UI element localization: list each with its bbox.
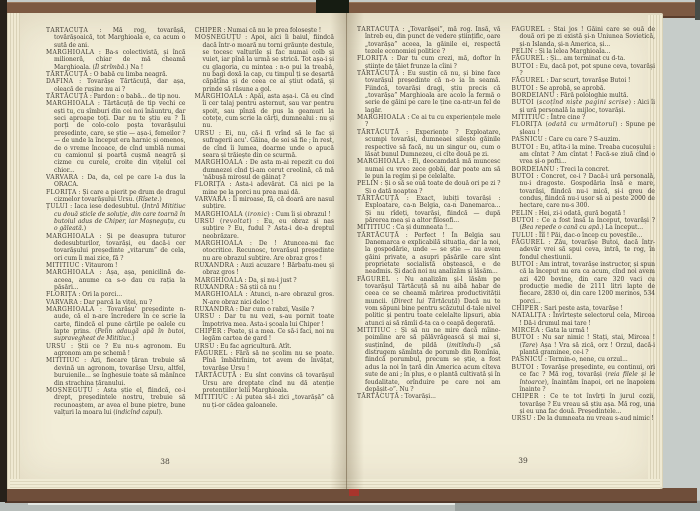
speaker-name: VARVARA <box>195 196 227 203</box>
dialogue-entry: MOȘNEGUȚU : Apoi, aici îi baiul, fiindcă… <box>195 34 335 93</box>
dialogue-entry: BORDEIANU : Treci la concret. <box>512 166 656 173</box>
dialogue-entry: PELIN : Hei, zi-i odată, gură bogată ! <box>512 210 656 217</box>
dialogue-entry: URSU : Știi ce ? Eu nu-s agronom. Eu agr… <box>46 343 186 358</box>
speaker-name: URSU <box>512 415 532 422</box>
speaker-name: FLORIȚA <box>46 189 77 196</box>
dialogue-entry: MITITIUC : Și să nu ne mire dacă mîine-p… <box>357 327 501 393</box>
speaker-name: TĂRTĂCUȚĂ <box>357 393 399 400</box>
speaker-name: ȚULUI <box>512 232 534 239</box>
dialogue-entry: MOȘNEGUȚU : Asta știe el, fiindcă, ce-i … <box>46 387 186 416</box>
speaker-name: BUTOI <box>512 261 535 268</box>
speaker-name: MOȘNEGUȚU <box>195 34 242 41</box>
speaker-name: MARGHIOALA <box>195 93 243 100</box>
speaker-name: MITITIUC <box>46 357 80 364</box>
dialogue-entry: MITITIUC : Ai putea să-i zici „tovarășă”… <box>195 394 335 409</box>
dialogue-entry: VARVARA : Dar parcă la viței, nu ? <box>46 299 186 306</box>
dialogue-entry: RUXANDRA : Să știi că nu ! <box>195 284 335 291</box>
speaker-name: RUXANDRA <box>195 262 235 269</box>
speaker-name: BUTOI <box>512 173 535 180</box>
speaker-name: MARGHIOALA <box>195 159 243 166</box>
dialogue-entry: MARGHIOALA : Ei, deocamdată mă muncesc n… <box>357 158 501 180</box>
speaker-name: MITITIUC <box>195 394 229 401</box>
dialogue-entry: TĂRTĂCUȚĂ : Experiențe ? Exploatare, scu… <box>357 129 501 158</box>
dialogue-entry: PASNICU : Termin-o, nene, cu orzul... <box>512 356 656 363</box>
speaker-name: TĂRTĂCUȚĂ <box>357 129 399 136</box>
speaker-name: TĂRTĂCUȚĂ <box>357 70 399 77</box>
dialogue-entry: URSU (revoltat) : Eu, eu obraz și nas su… <box>195 218 335 240</box>
speaker-name: PELIN <box>357 180 379 187</box>
speaker-name: BUTOI <box>512 85 535 92</box>
speaker-name: FĂGUREL <box>357 276 390 283</box>
dialogue-entry: BUTOI : Ce a fost însă la început, tovar… <box>512 217 656 232</box>
speaker-name: MARGHIOALA <box>357 158 405 165</box>
dialogue-entry: FLORIȚA (odată cu următorul) : Spune pe … <box>512 121 656 136</box>
dialogue-entry: URSU : De la dumneata nu vreau s-aud nim… <box>512 415 656 422</box>
dialogue-entry: TĂRTĂCUȚĂ : „Tovarășei”, mă rog. Însă, v… <box>357 26 501 55</box>
dialogue-entry: MARGHIOALA : Da, și nu-i just ? <box>195 277 335 284</box>
dialogue-entry: MIRCEA : Gata la urmă ! <box>512 327 656 334</box>
dialogue-entry: PASNICU : Care cu care ? S-auzim. <box>512 136 656 143</box>
book-left-shadow <box>0 0 7 502</box>
speaker-name: URSU <box>195 313 215 320</box>
dialogue-entry: DAFINA : Tovarășe Tărtăcuță, dar așa, ol… <box>46 78 186 93</box>
dialogue-entry: NATALIȚA : Învîrtește selectorul cela, M… <box>512 312 656 327</box>
speaker-name: MARGHIOALA <box>195 277 243 284</box>
speaker-name: TĂRTĂCUȚĂ <box>357 195 399 202</box>
dialogue-entry: TĂRTĂCUȚĂ : Eu susțin că nu, și bine fac… <box>357 70 501 114</box>
dialogue-entry: FLORIȚA : Asta-i adevărat. Că nici pe la… <box>195 181 335 196</box>
dialogue-entry: TĂRTĂCUȚĂ : Eu sînt convins că tovarășul… <box>195 372 335 394</box>
speaker-name: CHIPER <box>512 393 539 400</box>
speaker-name: PASNICU <box>512 356 544 363</box>
speaker-name: URSU <box>195 343 215 350</box>
dialogue-entry: TĂRTĂCUȚĂ : Pardon : o babă... de tip no… <box>46 93 186 100</box>
speaker-name: TĂRTĂCUȚĂ <box>46 71 88 78</box>
speaker-name: FĂGUREL <box>512 239 545 246</box>
dialogue-entry: FLORIȚA : Ori la porci... <box>46 291 186 298</box>
dialogue-entry: FĂGUREL : Nu analizăm și-l lăsăm pe tova… <box>357 276 501 327</box>
dialogue-entry: TĂRTĂCUȚĂ : O babă cu limba neagră. <box>46 71 186 78</box>
speaker-name: MARGHIOALA <box>195 291 243 298</box>
speaker-name: MARGHIOALA <box>46 49 94 56</box>
speaker-name: PELIN <box>512 210 534 217</box>
dialogue-entry: FĂGUREL : Fără să ne școlim nu se poate.… <box>195 350 335 372</box>
dialogue-entry: CHIPER : Ce te tot învîrți în jurul cozi… <box>512 393 656 415</box>
speaker-name: MARGHIOALA <box>357 114 405 121</box>
dialogue-entry: MITITIUC : Vitaurom ! <box>46 262 186 269</box>
speaker-name: FĂGUREL <box>195 350 228 357</box>
dialogue-entry: ȚULUI : Iaca iese dedesubtul. (Intră Mit… <box>46 203 186 232</box>
speaker-name: MITITIUC <box>357 224 391 231</box>
dialogue-entry: MARGHIOALA : Tărtăcuță de tip vechi ce e… <box>46 100 186 173</box>
dialogue-entry: BUTOI : Concret, ce-i ? Dacă-i ură perso… <box>512 173 656 210</box>
speaker-name: BORDEIANU <box>512 92 555 99</box>
speaker-name: RUXANDRA <box>195 284 235 291</box>
speaker-name: BORDEIANU <box>512 166 555 173</box>
dialogue-entry: MARGHIOALA : Atunci, n-are obrazul gros.… <box>195 291 335 306</box>
dialogue-entry: MARGHIOALA : Tovarășu' președinte n-aude… <box>46 306 186 343</box>
speaker-name: BUTOI <box>512 63 535 70</box>
dialogue-entry: CHIPER : Numai că nu le prea folosește ! <box>195 27 335 34</box>
dialogue-entry: BUTOI : Eu, dacă pot, pot spune ceva, to… <box>512 63 656 78</box>
speaker-name: RUXANDRA <box>195 306 235 313</box>
dialogue-entry: VARVARA : Da, da, cel pe care l-a dus la… <box>46 174 186 189</box>
speaker-name: TĂRTĂCUȚĂ <box>46 27 88 34</box>
dialogue-entry: MITITIUC : Azi, fiecare țăran trebuie să… <box>46 357 186 386</box>
dialogue-entry: BUTOI (scoțînd niște pagini scrise) : Ai… <box>512 99 656 114</box>
speaker-name: URSU <box>46 343 66 350</box>
dialogue-entry: MARGHIOALA (ironic) : Cum îi și obrazul … <box>195 211 335 218</box>
page-number-right: 39 <box>478 456 568 465</box>
dialogue-entry: MITITIUC : Ca și dumneata !... <box>357 224 501 231</box>
dialogue-entry: FĂGUREL : Și... am terminat cu d-ta. <box>512 55 656 62</box>
dialogue-entry: MITITIUC : Între cine ? <box>512 114 656 121</box>
dialogue-entry: MARGHIOALA : De ! Atuncea-mi fac otocrit… <box>195 240 335 262</box>
book-photo: TĂRTĂCUȚĂ : Mă rog, tovarășă, tovărășoai… <box>0 0 700 511</box>
speaker-name: URSU (revoltat) <box>195 218 252 225</box>
speaker-name: FLORIȚA <box>46 291 77 298</box>
speaker-name: VARVARA <box>46 174 78 181</box>
speaker-name: TĂRTĂCUȚĂ <box>195 372 237 379</box>
speaker-name: MARGHIOALA <box>46 306 94 313</box>
speaker-name: FĂGUREL <box>512 26 545 33</box>
speaker-name: MARGHIOALA <box>195 240 243 247</box>
dialogue-column: FĂGUREL : Stai jos ! Găini care se ouă d… <box>512 26 656 469</box>
speaker-name: MOȘNEGUȚU <box>46 387 93 394</box>
speaker-name: DAFINA <box>46 78 73 85</box>
dialogue-entry: MARGHIOALA : Apăi, asta așa-i. Că eu cîn… <box>195 93 335 130</box>
speaker-name: BUTOI (scoțînd niște pagini scrise) <box>512 99 632 106</box>
dialogue-entry: FĂGUREL : Zău, tovarășe Butoi, dacă într… <box>512 239 656 261</box>
right-page-text: TĂRTĂCUȚĂ : „Tovarășei”, mă rog. Însă, v… <box>357 26 655 469</box>
speaker-name: FLORIȚA (odată cu următorul) <box>512 121 618 128</box>
speaker-name: MARGHIOALA <box>46 100 94 107</box>
speaker-name: ȚULUI <box>46 203 68 210</box>
speaker-name: CHIPER <box>195 328 222 335</box>
dialogue-entry: MARGHIOALA : De asta m-ai repezit cu doi… <box>195 159 335 181</box>
left-page-text: TĂRTĂCUȚĂ : Mă rog, tovarășă, tovărășoai… <box>46 27 334 470</box>
dialogue-entry: MARGHIOALA : Ba-s colectivistă, și încă … <box>46 49 186 71</box>
dialogue-entry: TĂRTĂCUȚĂ : Tovarăși... <box>357 393 501 400</box>
speaker-name: TĂRTĂCUȚĂ <box>46 93 88 100</box>
speaker-name: FLORIȚA <box>195 181 226 188</box>
dialogue-entry: MARGHIOALA : Așa, așa, penicilină de-ace… <box>46 269 186 291</box>
dialogue-entry: URSU : Eu fac agricultură. Atît. <box>195 343 335 350</box>
page-number-left: 38 <box>120 457 210 466</box>
page-edges-left <box>7 13 20 489</box>
speaker-name: FLORIȚA <box>357 55 388 62</box>
dialogue-entry: FLORIȚA : Dar tu cum crezi, mă, doftor î… <box>357 55 501 70</box>
speaker-name: CHIPER <box>195 27 222 34</box>
dialogue-entry: MARGHIOALA : Ce ai tu cu experiențele me… <box>357 114 501 129</box>
speaker-name: MARGHIOALA (ironic) <box>195 211 271 218</box>
speaker-name: URSU <box>195 130 215 137</box>
dialogue-entry: BUTOI : Tovarășe președinte, eu continui… <box>512 364 656 393</box>
dialogue-entry: BUTOI : Nu sar nimic ! Stați, stai, Mirc… <box>512 334 656 356</box>
dialogue-entry: BUTOI : Am intrat, tovarășe instructor, … <box>512 261 656 305</box>
speaker-name: CHIPER <box>512 305 539 312</box>
dialogue-entry: FĂGUREL : Stai jos ! Găini care se ouă d… <box>512 26 656 48</box>
speaker-name: MIRCEA <box>512 327 540 334</box>
speaker-name: BUTOI <box>512 334 535 341</box>
speaker-name: PASNICU <box>512 136 544 143</box>
speaker-name: BUTOI <box>512 217 535 224</box>
dialogue-entry: BORDEIANU : Fără polologhie multă. <box>512 92 656 99</box>
speaker-name: FĂGUREL <box>512 55 545 62</box>
dialogue-entry: PELIN : Și o să se ouă toate de două ori… <box>357 180 501 195</box>
speaker-name: TĂRTĂCUȚĂ <box>357 26 399 33</box>
dialogue-entry: BUTOI : Se aprobă, se aprobă. <box>512 85 656 92</box>
speaker-name: MARGHIOALA <box>46 269 94 276</box>
dialogue-entry: TĂRTĂCUȚĂ : Perfect ! În Belgia sau Dane… <box>357 232 501 276</box>
dialogue-entry: RUXANDRA : Auzi acuzare ! Bărbatu-meu și… <box>195 262 335 277</box>
speaker-name: MITITIUC <box>512 114 546 121</box>
dialogue-entry: URSU : Dar tu nu vezi, s-au pornit toate… <box>195 313 335 328</box>
speaker-name: MITITIUC <box>357 327 391 334</box>
dialogue-entry: ȚULUI : Îîî ! Păi, dac-o încep cu poveșt… <box>512 232 656 239</box>
dialogue-column: TĂRTĂCUȚĂ : Mă rog, tovarășă, tovărășoai… <box>46 27 186 470</box>
dialogue-entry: VARVARA : Îi miroase, fă, că doară are n… <box>195 196 335 211</box>
gutter-line <box>346 13 347 489</box>
speaker-name: PELIN <box>512 48 534 55</box>
dialogue-entry: TĂRTĂCUȚĂ : Exact, iubiți tovarăși : Exp… <box>357 195 501 224</box>
dialogue-entry: CHIPER : Sari peste asta, tovarășe ! <box>512 305 656 312</box>
red-bookmark <box>349 489 359 496</box>
dialogue-entry: MARGHIOALA : Și pe deasupra tuturor dede… <box>46 233 186 262</box>
speaker-name: FĂGUREL <box>512 77 545 84</box>
speaker-name: NATALIȚA <box>512 312 547 319</box>
speaker-name: BUTOI <box>512 144 535 151</box>
dialogue-entry: URSU : Ei, nu, că-i fi vrînd să le fac ș… <box>195 130 335 159</box>
dialogue-entry: CHIPER : Poate, și a mea. Ce să-i faci, … <box>195 328 335 343</box>
dialogue-entry: BUTOI : Eu, atîta-i la mine. Treaba cuco… <box>512 144 656 166</box>
dialogue-entry: FLORIȚA : Și care a pierit pe drum de dr… <box>46 189 186 204</box>
dialogue-entry: RUXANDRA : Dar cum o rabzi, Vasile ? <box>195 306 335 313</box>
dialogue-column: CHIPER : Numai că nu le prea folosește !… <box>195 27 335 470</box>
dialogue-column: TĂRTĂCUȚĂ : „Tovarășei”, mă rog. Însă, v… <box>357 26 501 469</box>
speaker-name: VARVARA <box>46 299 78 306</box>
dialogue-entry: FĂGUREL : Dar scurt, tovarășe Butoi ! <box>512 77 656 84</box>
speaker-name: TĂRTĂCUȚĂ <box>357 232 399 239</box>
speaker-name: MARGHIOALA <box>46 233 94 240</box>
speaker-name: BUTOI <box>512 364 535 371</box>
speaker-name: MITITIUC <box>46 262 80 269</box>
book-corner-shadow <box>695 0 700 20</box>
dialogue-entry: TĂRTĂCUȚĂ : Mă rog, tovarășă, tovărășoai… <box>46 27 186 49</box>
dialogue-entry: PELIN : Și la lelea Marghioala... <box>512 48 656 55</box>
